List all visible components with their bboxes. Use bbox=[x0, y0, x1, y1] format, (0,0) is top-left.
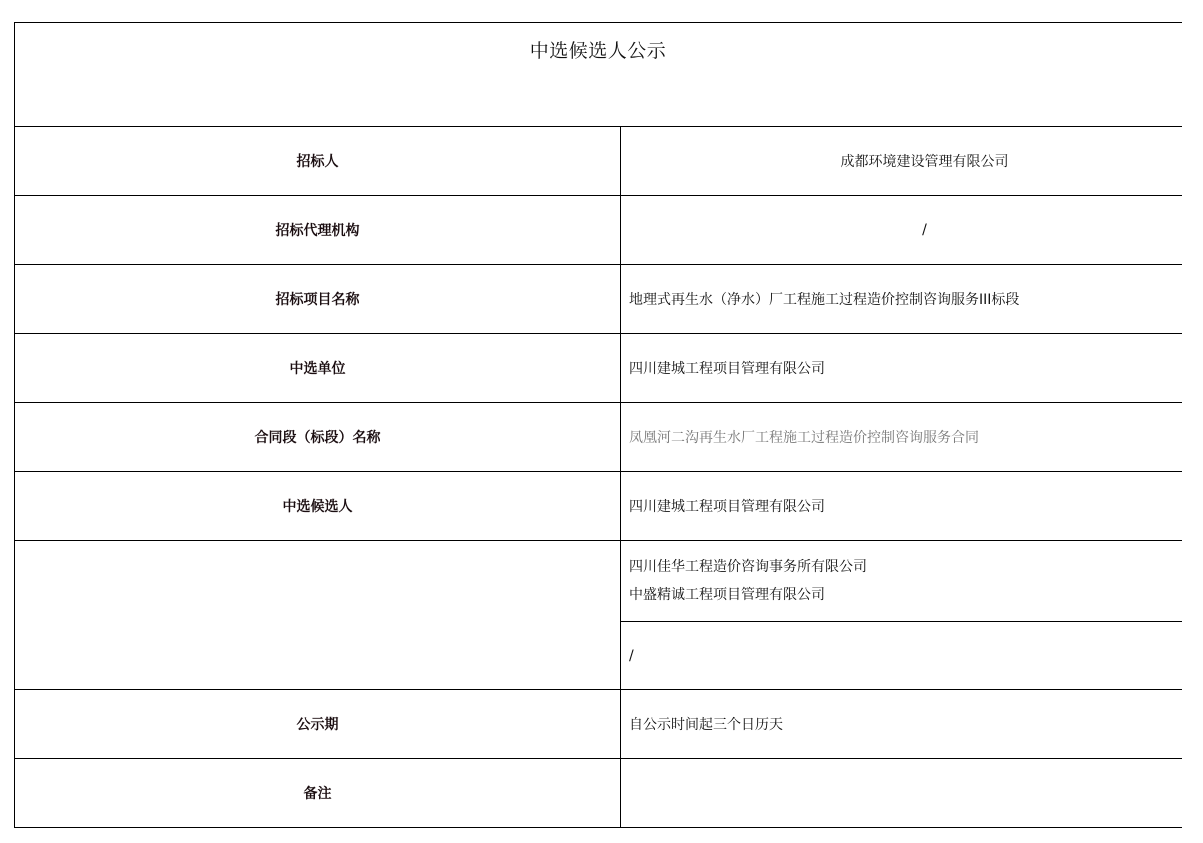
label-other-candidates bbox=[15, 541, 621, 690]
candidate-name: 四川佳华工程造价咨询事务所有限公司 bbox=[629, 553, 1182, 581]
value-other-candidates-sub: / bbox=[621, 622, 1183, 690]
value-tenderer: 成都环境建设管理有限公司 bbox=[621, 127, 1183, 196]
label-agency: 招标代理机构 bbox=[15, 196, 621, 265]
label-publicity-period: 公示期 bbox=[15, 690, 621, 759]
candidate-name: 中盛精诚工程项目管理有限公司 bbox=[629, 581, 1182, 609]
table-row-publicity-period: 公示期 自公示时间起三个日历天 bbox=[15, 690, 1183, 759]
table-row-candidate: 中选候选人 四川建城工程项目管理有限公司 bbox=[15, 472, 1183, 541]
table-row-other-candidates: 四川佳华工程造价咨询事务所有限公司 中盛精诚工程项目管理有限公司 bbox=[15, 541, 1183, 622]
label-candidate: 中选候选人 bbox=[15, 472, 621, 541]
table-row-agency: 招标代理机构 / bbox=[15, 196, 1183, 265]
table-row-remarks: 备注 bbox=[15, 759, 1183, 828]
page: 中选候选人公示 招标人 成都环境建设管理有限公司 招标代理机构 / 招标项目名称… bbox=[0, 0, 1182, 843]
table-row-tenderer: 招标人 成都环境建设管理有限公司 bbox=[15, 127, 1183, 196]
label-project-name: 招标项目名称 bbox=[15, 265, 621, 334]
value-candidate: 四川建城工程项目管理有限公司 bbox=[621, 472, 1183, 541]
table-row-project-name: 招标项目名称 地理式再生水（净水）厂工程施工过程造价控制咨询服务III标段 bbox=[15, 265, 1183, 334]
announcement-table: 中选候选人公示 招标人 成都环境建设管理有限公司 招标代理机构 / 招标项目名称… bbox=[14, 22, 1182, 828]
label-contract-name: 合同段（标段）名称 bbox=[15, 403, 621, 472]
label-selected-unit: 中选单位 bbox=[15, 334, 621, 403]
title-cell: 中选候选人公示 bbox=[15, 23, 1183, 127]
title-row: 中选候选人公示 bbox=[15, 23, 1183, 127]
value-other-candidates: 四川佳华工程造价咨询事务所有限公司 中盛精诚工程项目管理有限公司 bbox=[621, 541, 1183, 622]
label-tenderer: 招标人 bbox=[15, 127, 621, 196]
value-publicity-period: 自公示时间起三个日历天 bbox=[621, 690, 1183, 759]
page-title: 中选候选人公示 bbox=[15, 23, 1181, 63]
value-project-name: 地理式再生水（净水）厂工程施工过程造价控制咨询服务III标段 bbox=[621, 265, 1183, 334]
value-contract-name: 凤凰河二沟再生水厂工程施工过程造价控制咨询服务合同 bbox=[621, 403, 1183, 472]
value-remarks bbox=[621, 759, 1183, 828]
value-selected-unit: 四川建城工程项目管理有限公司 bbox=[621, 334, 1183, 403]
value-agency: / bbox=[621, 196, 1183, 265]
table-row-contract-name: 合同段（标段）名称 凤凰河二沟再生水厂工程施工过程造价控制咨询服务合同 bbox=[15, 403, 1183, 472]
table-row-selected-unit: 中选单位 四川建城工程项目管理有限公司 bbox=[15, 334, 1183, 403]
label-remarks: 备注 bbox=[15, 759, 621, 828]
